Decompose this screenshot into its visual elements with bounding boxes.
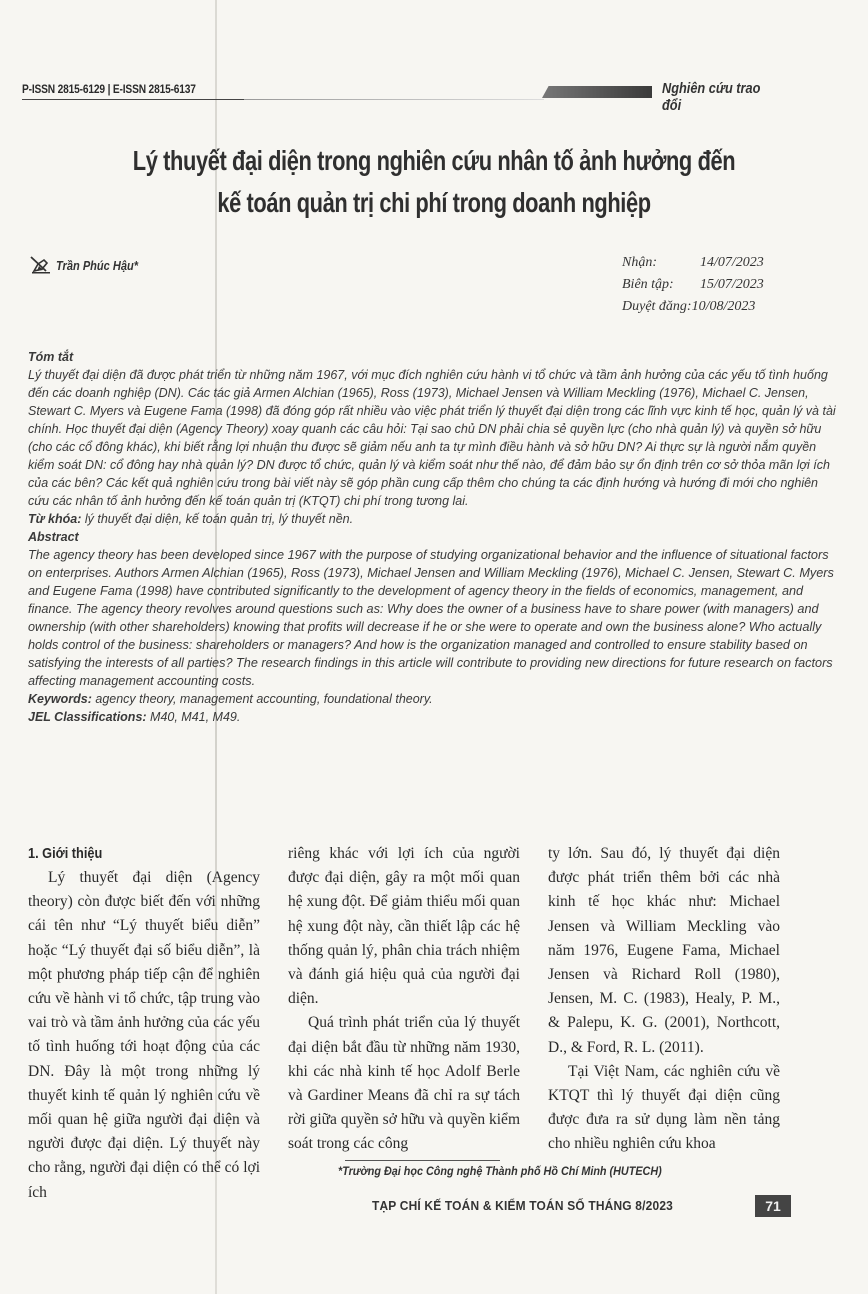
- header-rule: [22, 99, 244, 100]
- article-title-line2: kế toán quản trị chi phí trong doanh ngh…: [95, 182, 772, 224]
- body-paragraph: Quá trình phát triển của lý thuyết đại d…: [288, 1011, 520, 1156]
- article-title: Lý thuyết đại diện trong nghiên cứu nhân…: [0, 140, 868, 224]
- publication-dates: Nhận: 14/07/2023 Biên tập: 15/07/2023 Du…: [622, 255, 764, 321]
- date-label: Duyệt đăng:: [622, 299, 692, 321]
- body-columns: 1. Giới thiệu Lý thuyết đại diện (Agency…: [28, 842, 796, 1142]
- issn-label: P-ISSN 2815-6129 | E-ISSN 2815-6137: [22, 82, 196, 96]
- keywords-value-vi: lý thuyết đại diện, kế toán quản trị, lý…: [81, 512, 353, 526]
- page-footer: TẠP CHÍ KẾ TOÁN & KIỂM TOÁN SỐ THÁNG 8/2…: [372, 1198, 699, 1213]
- date-received: Nhận: 14/07/2023: [622, 255, 764, 277]
- keywords-label-en: Keywords:: [28, 692, 92, 706]
- date-approved: Duyệt đăng: 10/08/2023: [622, 299, 764, 321]
- section-label: Nghiên cứu trao đổi: [662, 80, 769, 114]
- header-rule-fade: [244, 99, 544, 100]
- body-paragraph: riêng khác với lợi ích của người được đạ…: [288, 842, 520, 1011]
- abstract-section: Tóm tắt Lý thuyết đại diện đã được phát …: [28, 348, 836, 726]
- jel-value: M40, M41, M49.: [147, 710, 241, 724]
- author-affiliation-footnote: *Trường Đại học Công nghệ Thành phố Hồ C…: [338, 1164, 662, 1178]
- date-value: 14/07/2023: [700, 255, 764, 277]
- date-value: 10/08/2023: [692, 299, 756, 321]
- keywords-label-vi: Từ khóa:: [28, 512, 81, 526]
- body-column-2: riêng khác với lợi ích của người được đạ…: [288, 842, 520, 1157]
- summary-body-vi: Lý thuyết đại diện đã được phát triển từ…: [28, 366, 836, 510]
- body-paragraph: Tại Việt Nam, các nghiên cứu về KTQT thì…: [548, 1060, 780, 1157]
- keywords-value-en: agency theory, management accounting, fo…: [92, 692, 433, 706]
- jel-classifications: JEL Classifications: M40, M41, M49.: [28, 708, 836, 726]
- pen-writing-icon: [30, 256, 52, 274]
- body-column-3: ty lớn. Sau đó, lý thuyết đại diện được …: [548, 842, 780, 1157]
- author-byline: Trần Phúc Hậu*: [30, 256, 153, 274]
- section-heading: 1. Giới thiệu: [28, 842, 225, 866]
- footnote-rule: [345, 1160, 500, 1161]
- summary-heading-vi: Tóm tắt: [28, 348, 836, 366]
- keywords-vi: Từ khóa: lý thuyết đại diện, kế toán quả…: [28, 510, 836, 528]
- section-bar-decoration: [542, 86, 652, 98]
- abstract-body-en: The agency theory has been developed sin…: [28, 546, 836, 690]
- date-label: Nhận:: [622, 255, 692, 277]
- jel-label: JEL Classifications:: [28, 710, 147, 724]
- abstract-heading-en: Abstract: [28, 528, 836, 546]
- body-column-1: 1. Giới thiệu Lý thuyết đại diện (Agency…: [28, 842, 260, 1205]
- date-edited: Biên tập: 15/07/2023: [622, 277, 764, 299]
- running-header: P-ISSN 2815-6129 | E-ISSN 2815-6137 Nghi…: [22, 80, 788, 102]
- author-name: Trần Phúc Hậu*: [56, 258, 138, 273]
- date-label: Biên tập:: [622, 277, 692, 299]
- body-paragraph: Lý thuyết đại diện (Agency theory) còn đ…: [28, 866, 260, 1205]
- page-number-badge: 71: [755, 1195, 791, 1217]
- journal-name: TẠP CHÍ KẾ TOÁN & KIỂM TOÁN SỐ THÁNG 8/2…: [372, 1198, 673, 1213]
- body-paragraph: ty lớn. Sau đó, lý thuyết đại diện được …: [548, 842, 780, 1060]
- keywords-en: Keywords: agency theory, management acco…: [28, 690, 836, 708]
- article-title-line1: Lý thuyết đại diện trong nghiên cứu nhân…: [95, 140, 772, 182]
- date-value: 15/07/2023: [700, 277, 764, 299]
